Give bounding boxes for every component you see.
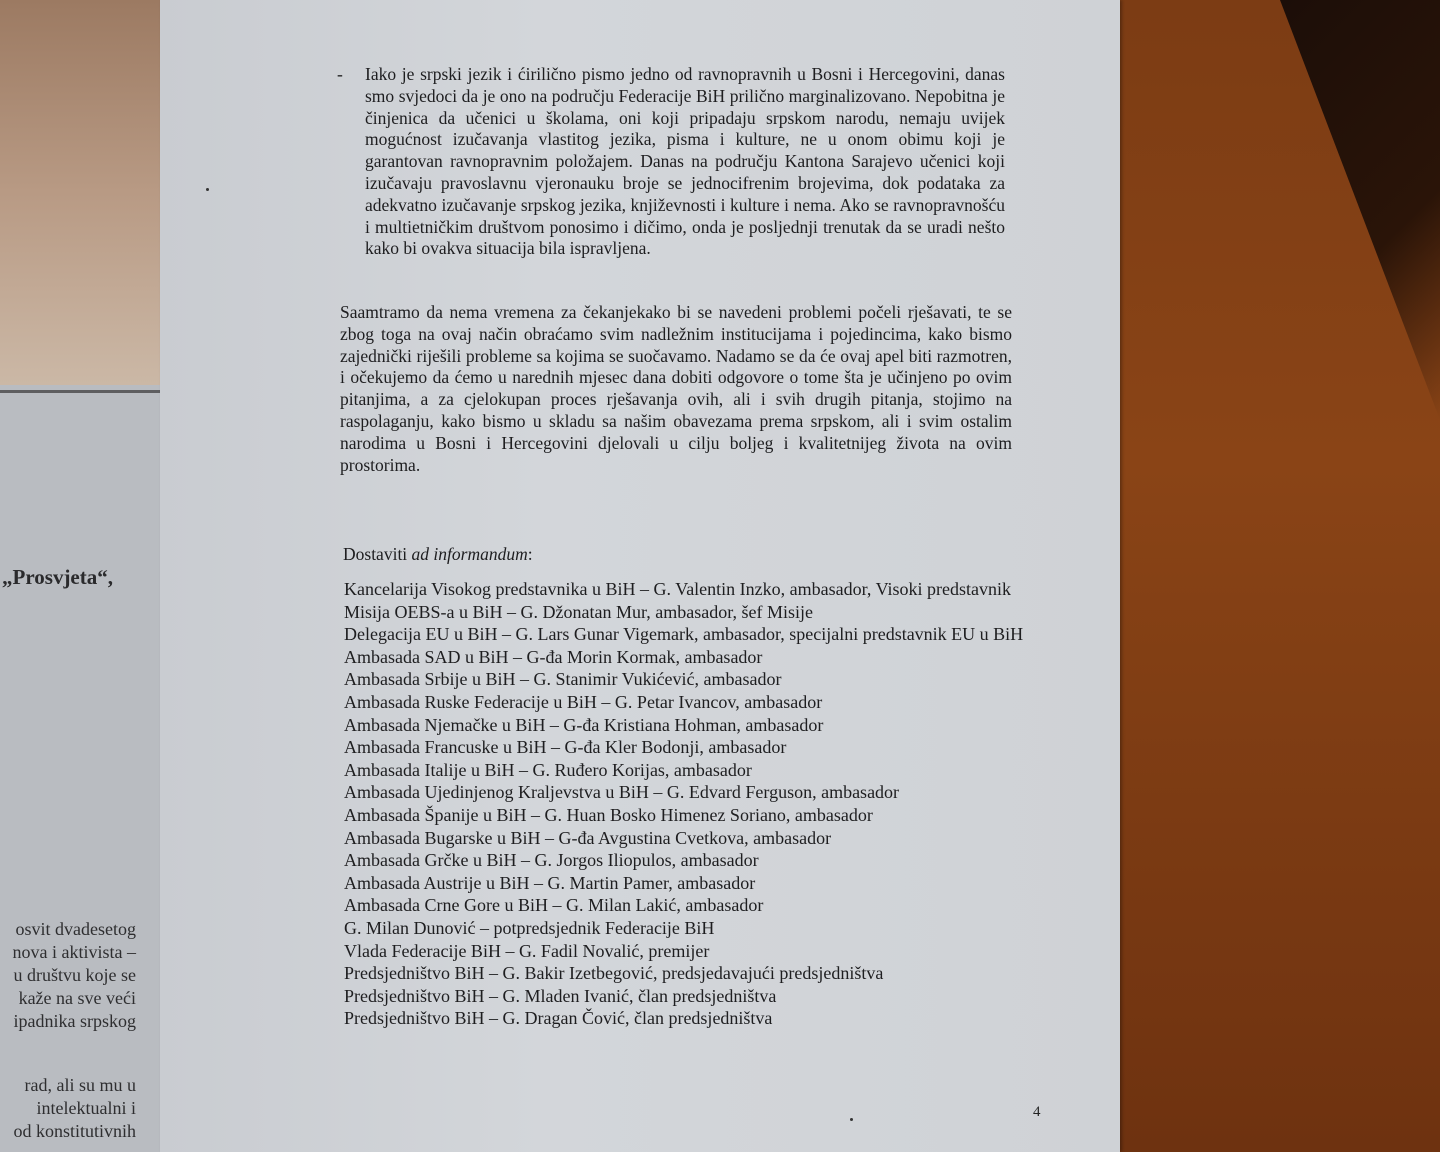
- underlying-page-fragment: kaže na sve veći: [19, 988, 136, 1009]
- underlying-page-fragment: nova i aktivista –: [13, 942, 136, 963]
- underlying-page-heading: „Prosvjeta“,: [2, 565, 113, 590]
- recipient-item: Ambasada Ujedinjenog Kraljevstva u BiH –…: [344, 781, 1024, 804]
- underlying-page-fragment: osvit dvadesetog: [16, 919, 136, 940]
- bullet-paragraph: - Iako je srpski jezik i ćirilično pismo…: [365, 64, 1005, 260]
- underlying-page: „Prosvjeta“, osvit dvadesetog nova i akt…: [0, 385, 170, 1152]
- recipient-item: Ambasada Grčke u BiH – G. Jorgos Iliopul…: [344, 849, 1024, 872]
- distribution-label: Dostaviti ad informandum:: [343, 544, 533, 565]
- recipient-item: Ambasada Crne Gore u BiH – G. Milan Laki…: [344, 894, 1024, 917]
- paper-speck: [206, 188, 209, 191]
- underlying-page-fragment: intelektualni i: [37, 1098, 136, 1119]
- recipient-item: Ambasada Srbije u BiH – G. Stanimir Vuki…: [344, 668, 1024, 691]
- underlying-page-fragment: u društvu koje se: [14, 965, 136, 986]
- recipient-item: Predsjedništvo BiH – G. Dragan Čović, čl…: [344, 1007, 1024, 1030]
- underlying-page-fragment: rad, ali su mu u: [25, 1075, 136, 1096]
- recipient-item: Predsjedništvo BiH – G. Mladen Ivanić, č…: [344, 985, 1024, 1008]
- bullet-paragraph-text: Iako je srpski jezik i ćirilično pismo j…: [365, 64, 1005, 258]
- recipient-item: G. Milan Dunović – potpredsjednik Federa…: [344, 917, 1024, 940]
- recipient-item: Delegacija EU u BiH – G. Lars Gunar Vige…: [344, 623, 1024, 646]
- underlying-page-fragment: ipadnika srpskog: [14, 1011, 136, 1032]
- desk-surface-left: [0, 0, 162, 385]
- recipient-item: Ambasada Francuske u BiH – G-đa Kler Bod…: [344, 736, 1024, 759]
- recipient-item: Ambasada Austrije u BiH – G. Martin Pame…: [344, 872, 1024, 895]
- document-page: - Iako je srpski jezik i ćirilično pismo…: [160, 0, 1120, 1152]
- underlying-page-rule: [0, 390, 160, 393]
- bullet-marker: -: [337, 64, 343, 86]
- recipient-list: Kancelarija Visokog predstavnika u BiH –…: [344, 578, 1024, 1030]
- recipient-item: Kancelarija Visokog predstavnika u BiH –…: [344, 578, 1024, 601]
- recipient-item: Predsjedništvo BiH – G. Bakir Izetbegovi…: [344, 962, 1024, 985]
- recipient-item: Ambasada SAD u BiH – G-đa Morin Kormak, …: [344, 646, 1024, 669]
- recipient-item: Ambasada Njemačke u BiH – G-đa Kristiana…: [344, 714, 1024, 737]
- closing-paragraph: Saamtramo da nema vremena za čekanjekako…: [340, 302, 1012, 476]
- paper-speck: [850, 1118, 853, 1121]
- recipient-item: Ambasada Italije u BiH – G. Ruđero Korij…: [344, 759, 1024, 782]
- underlying-page-fragment: od konstitutivnih: [13, 1121, 136, 1142]
- page-number: 4: [1033, 1104, 1041, 1121]
- recipient-item: Vlada Federacije BiH – G. Fadil Novalić,…: [344, 940, 1024, 963]
- recipient-item: Misija OEBS-a u BiH – G. Džonatan Mur, a…: [344, 601, 1024, 624]
- recipient-item: Ambasada Ruske Federacije u BiH – G. Pet…: [344, 691, 1024, 714]
- recipient-item: Ambasada Bugarske u BiH – G-đa Avgustina…: [344, 827, 1024, 850]
- recipient-item: Ambasada Španije u BiH – G. Huan Bosko H…: [344, 804, 1024, 827]
